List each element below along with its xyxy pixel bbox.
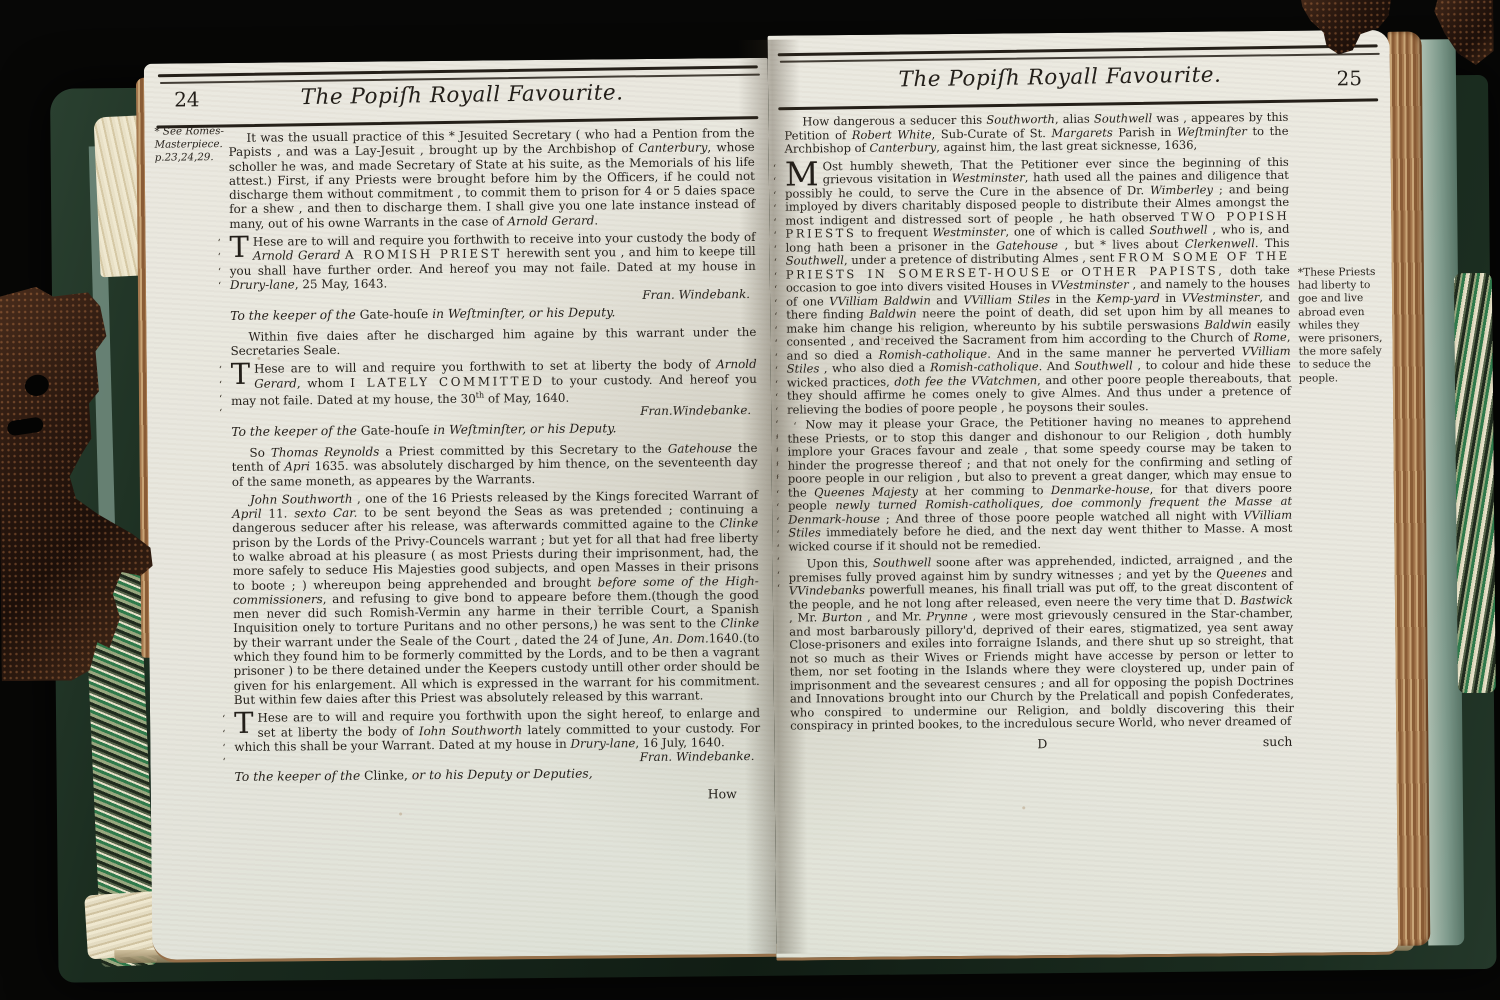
text-column: How dangerous a seducer this Southworth,… xyxy=(784,111,1294,753)
running-head: The Popiſh Royall Favourite. xyxy=(301,80,624,110)
left-page: 24 The Popiſh Royall Favourite. * See Ro… xyxy=(144,58,777,963)
warrant-block: THese are to will and require you forthw… xyxy=(234,706,761,768)
warrant-block: THese are to will and require you forthw… xyxy=(231,357,758,422)
warrant-text: Hese are to will and require you forthwi… xyxy=(231,357,757,408)
paragraph: How dangerous a seducer this Southworth,… xyxy=(784,111,1288,156)
text-column: It was the usuall practice of this * Jes… xyxy=(228,126,760,806)
catchword: How xyxy=(708,786,737,801)
paragraph: It was the usuall practice of this * Jes… xyxy=(228,126,755,231)
warrant-text: Hese are to will and require you forthwi… xyxy=(230,230,756,292)
address-line: To the keeper of the Gate-houſe in Weſtm… xyxy=(231,420,757,439)
photo-stage: 24 The Popiſh Royall Favourite. * See Ro… xyxy=(0,0,1500,1000)
right-page: The Popiſh Royall Favourite. 25 *These P… xyxy=(768,30,1399,961)
catchword-row: How xyxy=(235,787,761,806)
margin-note: *These Priests had liberty to goe and li… xyxy=(1298,266,1385,386)
signature-mark: D xyxy=(1037,736,1047,751)
warrant-block: THese are to will and require you forthw… xyxy=(229,230,756,307)
drop-cap: T xyxy=(234,711,258,735)
petition-text: Ost humbly sheweth, That the Petitioner … xyxy=(785,154,1291,416)
petition-block: MOst humbly sheweth, That the Petitioner… xyxy=(785,155,1291,416)
drop-cap: T xyxy=(231,362,255,386)
page-number: 24 xyxy=(174,87,200,111)
drop-cap: T xyxy=(229,235,253,259)
warrant-text: Hese are to will and require you forthwi… xyxy=(234,706,760,754)
paragraph: So Thomas Reynolds a Priest committed by… xyxy=(231,441,757,489)
paragraph: John Southworth , one of the 16 Priests … xyxy=(232,488,760,707)
address-line: To the keeper of the Clinke, or to his D… xyxy=(235,765,761,784)
book: 24 The Popiſh Royall Favourite. * See Ro… xyxy=(0,0,1500,1000)
paragraph: Within five daies after he discharged hi… xyxy=(230,325,756,359)
page-number: 25 xyxy=(1336,66,1362,90)
signature-catchword-row: D such xyxy=(790,734,1294,752)
catchword: such xyxy=(1263,734,1293,748)
running-head: The Popiſh Royall Favourite. xyxy=(899,63,1222,93)
paragraph: Upon this, Southwell soone after was app… xyxy=(789,553,1295,733)
address-line: To the keeper of the Gate-houſe in Weſtm… xyxy=(230,303,756,322)
marbled-endpaper-right xyxy=(1454,273,1496,693)
petition-block: Now may it please your Grace, the Petiti… xyxy=(787,414,1292,554)
margin-note: * See Romes-Masterpiece. p.23,24,29. xyxy=(154,125,224,164)
header-rule xyxy=(778,98,1378,109)
drop-cap: M xyxy=(785,160,823,187)
